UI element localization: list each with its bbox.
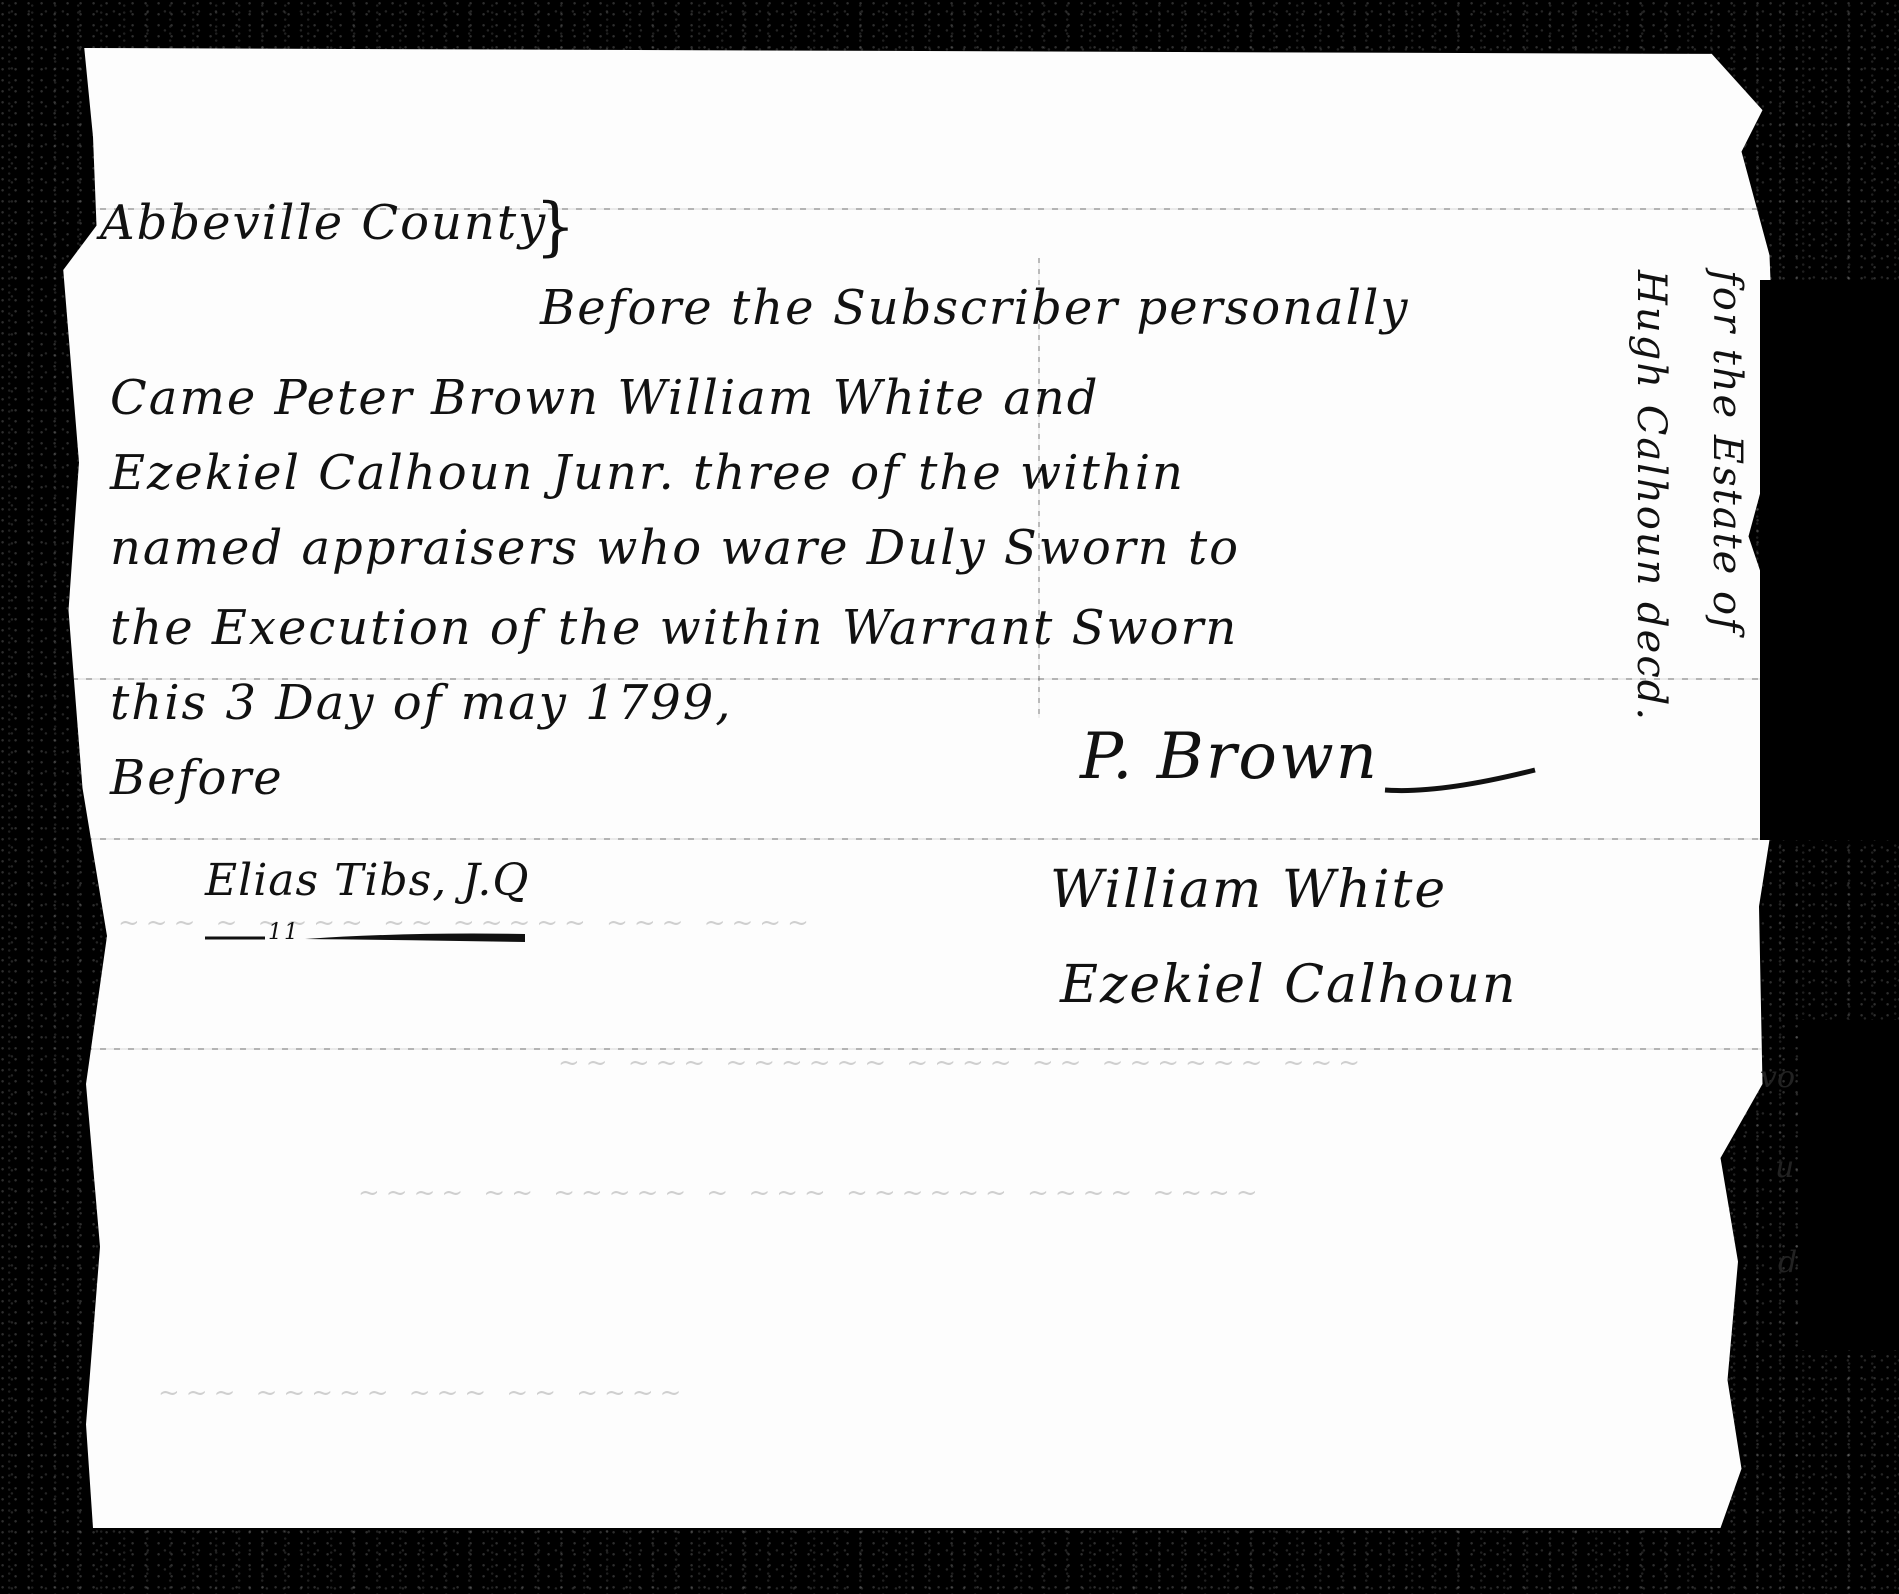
endorsement-line: for the Estate of [1704,270,1750,830]
body-line: Ezekiel Calhoun Junr. three of the withi… [110,445,1185,501]
bleed-through-text: ~~~ ~~~~~ ~~~ ~~ ~~~~ [158,1378,687,1408]
body-line: Came Peter Brown William White and [110,370,1099,426]
bleed-through-text: ~~ ~~~ ~~~~~~ ~~~~ ~~ ~~~~~~ ~~~ [558,1048,1366,1078]
body-line: named appraisers who ware Duly Sworn to [110,520,1240,576]
bleed-through-text: ~~~~ ~~ ~~~~~ ~ ~~~ ~~~~~~ ~~~~ ~~~~ [358,1178,1264,1208]
document-heading: Abbeville County [100,195,547,251]
body-line: this 3 Day of may 1799, [110,675,733,731]
body-line: Before [110,750,284,806]
signature-william-white: William White [1050,860,1447,920]
edge-fragment-text: d [1778,1245,1797,1280]
body-line: Before the Subscriber personally [540,280,1409,336]
edge-fragment-text: vo [1760,1060,1795,1095]
signature-ezekiel-calhoun: Ezekiel Calhoun [1060,955,1517,1015]
signature-flourish-icon [1380,760,1540,800]
heading-brace: } [535,190,576,264]
margin-endorsement: for the Estate of Hugh Calhoun decd. [1560,270,1780,830]
fold-line [58,838,1808,840]
torn-edge [1800,1020,1899,1350]
signature-peter-brown: P. Brown [1080,720,1379,794]
endorsement-line: Hugh Calhoun decd. [1628,270,1674,830]
document-page: ~~~ ~ ~~~~ ~~ ~~~~~ ~~~ ~~~~ ~~ ~~~ ~~~~… [58,48,1808,1528]
body-line: the Execution of the within Warrant Swor… [110,600,1238,656]
edge-fragment-text: u [1775,1150,1794,1185]
justice-signature: Elias Tibs, J.Q [205,855,529,906]
torn-edge [1760,280,1899,840]
justice-mark: 11 [268,920,300,945]
